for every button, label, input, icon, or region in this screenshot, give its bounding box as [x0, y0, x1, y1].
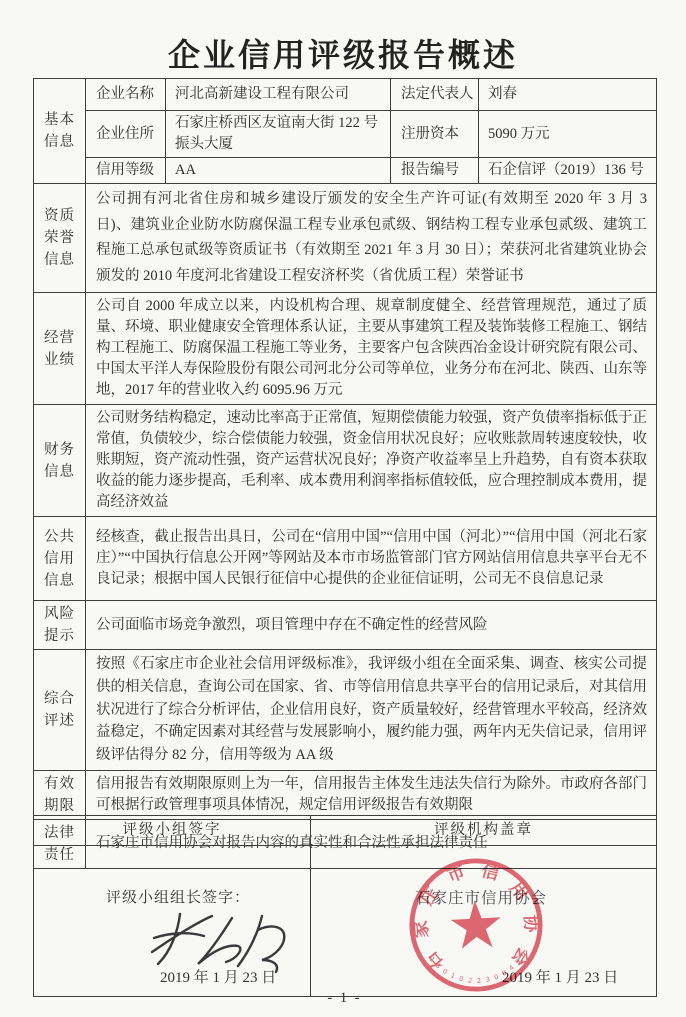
table-row: 信用等级 AA 报告编号 石企信评（2019）136 号: [34, 158, 657, 184]
signature-team-header: 评级小组签字: [34, 816, 311, 846]
section-label-financial-info: 财务信息: [34, 405, 86, 517]
section-label-public-credit-info: 公共信用信息: [34, 517, 86, 601]
svg-text:用: 用: [506, 878, 533, 904]
page-number: - 1 -: [33, 990, 656, 1007]
table-row: 公共信用信息 经核查，截止报告出具日，公司在“信用中国”“信用中国（河北）”“信…: [34, 517, 657, 601]
handwritten-signature: [146, 908, 296, 974]
field-label-report-number: 报告编号: [391, 158, 479, 184]
table-row: 经营业绩 公司自 2000 年成立以来，内设机构合理、规章制度健全、经营管理规范…: [34, 293, 657, 405]
field-value-credit-rating: AA: [166, 158, 391, 184]
svg-text:0: 0: [501, 969, 509, 978]
agency-stamp-header: 评级机构盖章: [311, 816, 657, 846]
stamp-cell: 石家庄市信用协会 石家庄市信用协会1301022300490 2019 年 1 …: [311, 846, 657, 997]
svg-text:4: 4: [508, 964, 516, 973]
svg-text:0: 0: [441, 967, 449, 976]
section-text-validity-period: 信用报告有效期限原则上为一年，信用报告主体发生违法失信行为除外。市政府各部门可根…: [86, 770, 657, 819]
section-text-financial-info: 公司财务结构稳定，速动比率高于正常值，短期偿债能力较强，资产负债率指标低于正常值…: [86, 405, 657, 517]
table-row: 评级小组签字 评级机构盖章: [34, 816, 657, 846]
field-value-report-number: 石企信评（2019）136 号: [479, 158, 657, 184]
field-value-company-name: 河北高新建设工程有限公司: [166, 79, 391, 111]
signature-cell: 评级小组组长签字： 2019 年 1 月 23 日: [34, 846, 311, 997]
svg-text:2: 2: [467, 976, 472, 984]
svg-text:信: 信: [479, 860, 502, 884]
table-row: 有效期限 信用报告有效期限原则上为一年，信用报告主体发生违法失信行为除外。市政府…: [34, 770, 657, 819]
section-label-business-performance: 经营业绩: [34, 293, 86, 405]
table-row: 财务信息 公司财务结构稳定，速动比率高于正常值，短期偿债能力较强，资产负债率指标…: [34, 405, 657, 517]
table-row: 基本信息 企业名称 河北高新建设工程有限公司 法定代表人 刘春: [34, 79, 657, 111]
section-text-comprehensive-review: 按照《石家庄市企业社会信用评级标准》，我评级小组在全面采集、调查、核实公司提供的…: [86, 650, 657, 771]
field-label-credit-rating: 信用等级: [86, 158, 166, 184]
svg-text:0: 0: [493, 973, 500, 982]
table-row: 资质荣誉信息 公司拥有河北省住房和城乡建设厅颁发的安全生产许可证(有效期至 20…: [34, 184, 657, 293]
table-row: 综合评述 按照《石家庄市企业社会信用评级标准》，我评级小组在全面采集、调查、核实…: [34, 650, 657, 771]
signature-date: 2019 年 1 月 23 日: [160, 968, 276, 989]
svg-text:庄: 庄: [416, 883, 443, 909]
field-label-registered-capital: 注册资本: [391, 111, 479, 158]
svg-text:市: 市: [444, 861, 468, 886]
field-value-company-address: 石家庄桥西区友谊南大街 122 号振头大厦: [166, 111, 391, 158]
section-label-validity-period: 有效期限: [34, 770, 86, 819]
table-row: 企业住所 石家庄桥西区友谊南大街 122 号振头大厦 注册资本 5090 万元: [34, 111, 657, 158]
section-label-comprehensive-review: 综合评述: [34, 650, 86, 771]
svg-text:0: 0: [458, 975, 464, 984]
field-label-legal-representative: 法定代表人: [391, 79, 479, 111]
svg-text:1: 1: [449, 971, 456, 980]
section-label-qualifications: 资质荣誉信息: [34, 184, 86, 293]
section-text-business-performance: 公司自 2000 年成立以来，内设机构合理、规章制度健全、经营管理规范，通过了质…: [86, 293, 657, 405]
field-value-legal-representative: 刘春: [479, 79, 657, 111]
field-value-registered-capital: 5090 万元: [479, 111, 657, 158]
report-page: 企业信用评级报告概述 基本信息 企业名称 河北高新建设工程有限公司 法定代表人 …: [0, 0, 686, 1017]
svg-text:协: 协: [521, 914, 542, 934]
field-label-company-name: 企业名称: [86, 79, 166, 111]
signature-table: 评级小组签字 评级机构盖章 评级小组组长签字： 2019 年 1 月 23 日 …: [33, 815, 657, 997]
report-main-table: 基本信息 企业名称 河北高新建设工程有限公司 法定代表人 刘春 企业住所 石家庄…: [33, 78, 657, 869]
stamp-star-icon: [450, 899, 502, 949]
table-row: 评级小组组长签字： 2019 年 1 月 23 日 石家庄市信用协会 石家庄市信…: [34, 846, 657, 997]
leader-signature-label: 评级小组组长签字：: [106, 888, 250, 909]
svg-text:家: 家: [410, 919, 431, 938]
section-text-risk-warning: 公司面临市场竞争激烈，项目管理中存在不确定性的经营风险: [86, 601, 657, 650]
official-stamp: 石家庄市信用协会1301022300490: [393, 842, 559, 1008]
section-text-qualifications: 公司拥有河北省住房和城乡建设厅颁发的安全生产许可证(有效期至 2020 年 3 …: [86, 184, 657, 293]
page-title: 企业信用评级报告概述: [0, 30, 686, 76]
section-label-risk-warning: 风险提示: [34, 601, 86, 650]
svg-text:2: 2: [477, 977, 482, 985]
table-row: 风险提示 公司面临市场竞争激烈，项目管理中存在不确定性的经营风险: [34, 601, 657, 650]
field-label-company-address: 企业住所: [86, 111, 166, 158]
section-label-basic-info: 基本信息: [34, 79, 86, 184]
section-text-public-credit-info: 经核查，截止报告出具日，公司在“信用中国”“信用中国（河北）”“信用中国（河北石…: [86, 517, 657, 601]
svg-text:3: 3: [485, 975, 491, 984]
